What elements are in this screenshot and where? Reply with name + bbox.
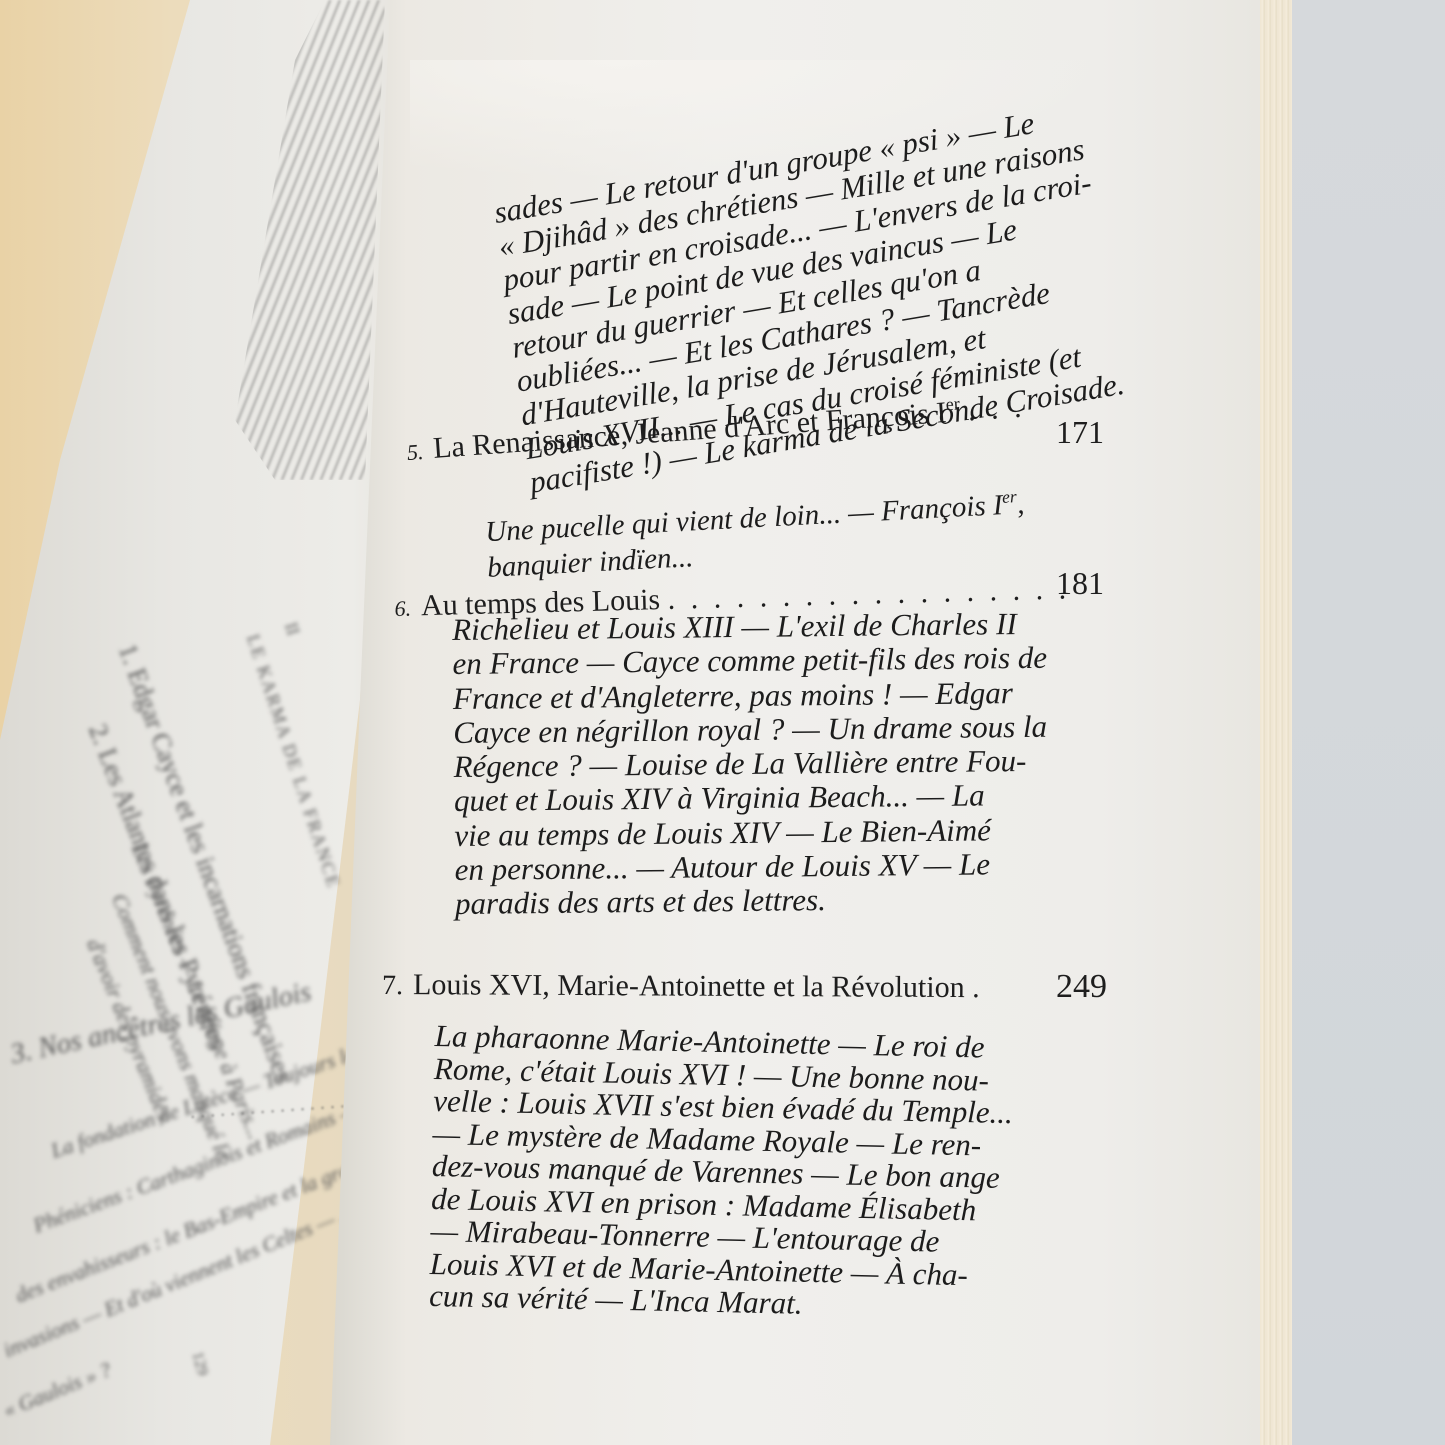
superscript: er <box>1002 486 1018 507</box>
entry-title: Louis XVI, Marie-Antoinette et la Révolu… <box>413 968 965 1004</box>
page-number: 171 <box>1056 414 1104 451</box>
superscript: er <box>945 393 960 414</box>
dot-leader: . . . <box>967 391 1027 428</box>
toc-entry-7-title: 7.Louis XVI, Marie-Antoinette et la Révo… <box>382 968 980 1005</box>
toc-entry-6-description: Richelieu et Louis XIII — L'exil de Char… <box>452 607 1025 922</box>
text-line: paradis des arts et des lettres. <box>455 881 1025 921</box>
entry-number: 5. <box>406 439 424 465</box>
table-surface <box>1290 0 1445 1445</box>
text-span: , <box>1016 488 1025 520</box>
text-line: en personne... — Autour de Louis XV — Le <box>455 847 1025 887</box>
page-edges <box>1260 0 1292 1445</box>
entry-number: 7. <box>382 970 403 1001</box>
page-number: 249 <box>1056 968 1107 1006</box>
dot-leader: . <box>972 971 980 1004</box>
entry-number: 6. <box>394 596 411 621</box>
toc-entry-7-description: La pharaonne Marie-Antoinette — Le roi d… <box>429 1020 1025 1325</box>
